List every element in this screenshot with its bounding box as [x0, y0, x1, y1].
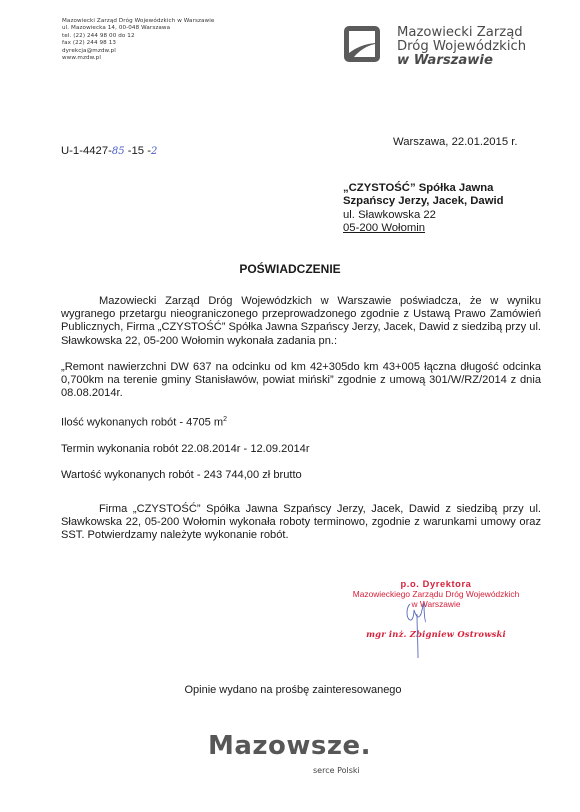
- document-title: POŚWIADCZENIE: [0, 262, 580, 276]
- signature-stamp: p.o. Dyrektora Mazowieckiego Zarządu Dró…: [336, 579, 536, 639]
- signatory-name: mgr inż. Zbigniew Ostrowski: [336, 629, 536, 639]
- institution-logo-text: Mazowiecki Zarząd Dróg Wojewódzkich w Wa…: [397, 26, 526, 68]
- reference-number: U-1-4427-85 -15 -2: [61, 145, 157, 157]
- logo-line-3: w Warszawie: [397, 54, 526, 68]
- logo-line-1: Mazowiecki Zarząd: [397, 26, 526, 40]
- handwritten-number: 2: [151, 146, 157, 157]
- term-line: Termin wykonania robót 22.08.2014r - 12.…: [61, 443, 310, 455]
- stamp-city: w Warszawie: [336, 599, 536, 609]
- confirmation-paragraph: Firma „CZYSTOŚĆ” Spółka Jawna Szpańscy J…: [61, 503, 541, 543]
- handwritten-signature-icon: [404, 600, 430, 660]
- task-paragraph: „Remont nawierzchni DW 637 na odcinku od…: [61, 361, 541, 401]
- road-square-icon: [344, 26, 380, 62]
- stamp-institution: Mazowieckiego Zarządu Dróg Wojewódzkich: [336, 589, 536, 599]
- value-line: Wartość wykonanych robót - 243 744,00 zł…: [61, 469, 302, 481]
- mazowsze-brand-logo: Mazowsze.: [208, 732, 371, 760]
- sender-phone: tel. (22) 244 98 00 do 12: [62, 33, 214, 40]
- quantity-line: Ilość wykonanych robót - 4705 m2: [61, 416, 227, 429]
- sender-address: ul. Mazowiecka 14, 00-048 Warszawa: [62, 25, 214, 32]
- sender-email: dyrekcja@mzdw.pl: [62, 48, 214, 55]
- sender-block: Mazowiecki Zarząd Dróg Wojewódzkich w Wa…: [62, 18, 214, 62]
- intro-paragraph: Mazowiecki Zarząd Dróg Wojewódzkich w Wa…: [61, 295, 541, 348]
- recipient-owners: Szpańscy Jerzy, Jacek, Dawid: [343, 195, 504, 208]
- closing-note: Opinie wydano na prośbę zainteresowanego: [0, 684, 580, 696]
- recipient-city: 05-200 Wołomin: [343, 222, 504, 235]
- document-date: Warszawa, 22.01.2015 r.: [393, 136, 518, 148]
- recipient-address: „CZYSTOŚĆ” Spółka Jawna Szpańscy Jerzy, …: [343, 182, 504, 236]
- sender-fax: fax (22) 244 98 13: [62, 40, 214, 47]
- brand-tagline: serce Polski: [313, 766, 360, 775]
- sender-website: www.mzdw.pl: [62, 55, 214, 62]
- recipient-street: ul. Sławkowska 22: [343, 209, 504, 222]
- stamp-heading: p.o. Dyrektora: [336, 579, 536, 589]
- handwritten-number: 85: [112, 146, 125, 157]
- sender-name: Mazowiecki Zarząd Dróg Wojewódzkich w Wa…: [62, 18, 214, 25]
- logo-line-2: Dróg Wojewódzkich: [397, 40, 526, 54]
- recipient-company: „CZYSTOŚĆ” Spółka Jawna: [343, 182, 504, 195]
